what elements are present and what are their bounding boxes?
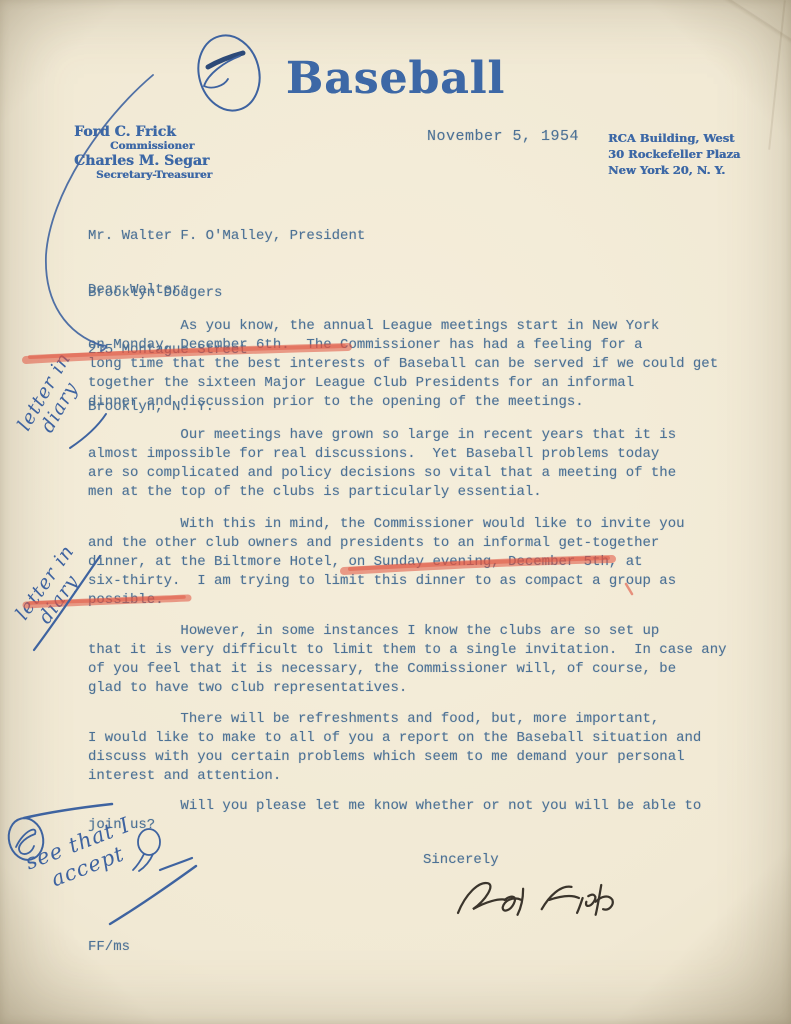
letterhead-officers: Ford C. Frick Commissioner Charles M. Se… [74, 124, 212, 182]
paragraph-4: However, in some instances I know the cl… [88, 622, 727, 698]
letterhead-title: Baseball [0, 56, 791, 102]
paragraph-5: There will be refreshments and food, but… [88, 710, 701, 786]
address-line: New York 20, N. Y. [608, 162, 740, 178]
bottom-note: see that I accept [22, 813, 143, 899]
officer-name: Charles M. Segar [74, 153, 212, 169]
salutation: Dear Walter: [88, 281, 189, 300]
letter-date: November 5, 1954 [427, 127, 579, 146]
letter-page: Baseball Ford C. Frick Commissioner Char… [0, 0, 791, 1024]
valediction: Sincerely [423, 851, 499, 870]
signature [458, 883, 613, 915]
officer-role: Commissioner [110, 140, 212, 153]
paragraph-3: With this in mind, the Commissioner woul… [88, 515, 685, 610]
margin-note-upper: letter in diary [14, 349, 94, 445]
accept-note-strokes [110, 858, 196, 924]
reference-initials: FF/ms [88, 938, 130, 957]
paragraph-1: As you know, the annual League meetings … [88, 317, 718, 412]
paragraph-2: Our meetings have grown so large in rece… [88, 426, 676, 502]
margin-note-lower: letter in diary [12, 541, 96, 636]
recipient-line: Mr. Walter F. O'Malley, President [88, 227, 365, 246]
address-line: 30 Rockefeller Plaza [608, 146, 740, 162]
address-line: RCA Building, West [608, 130, 740, 146]
officer-role: Secretary-Treasurer [96, 169, 212, 182]
paragraph-6: Will you please let me know whether or n… [88, 797, 701, 835]
officer-name: Ford C. Frick [74, 124, 212, 140]
letterhead-address: RCA Building, West 30 Rockefeller Plaza … [608, 130, 740, 178]
